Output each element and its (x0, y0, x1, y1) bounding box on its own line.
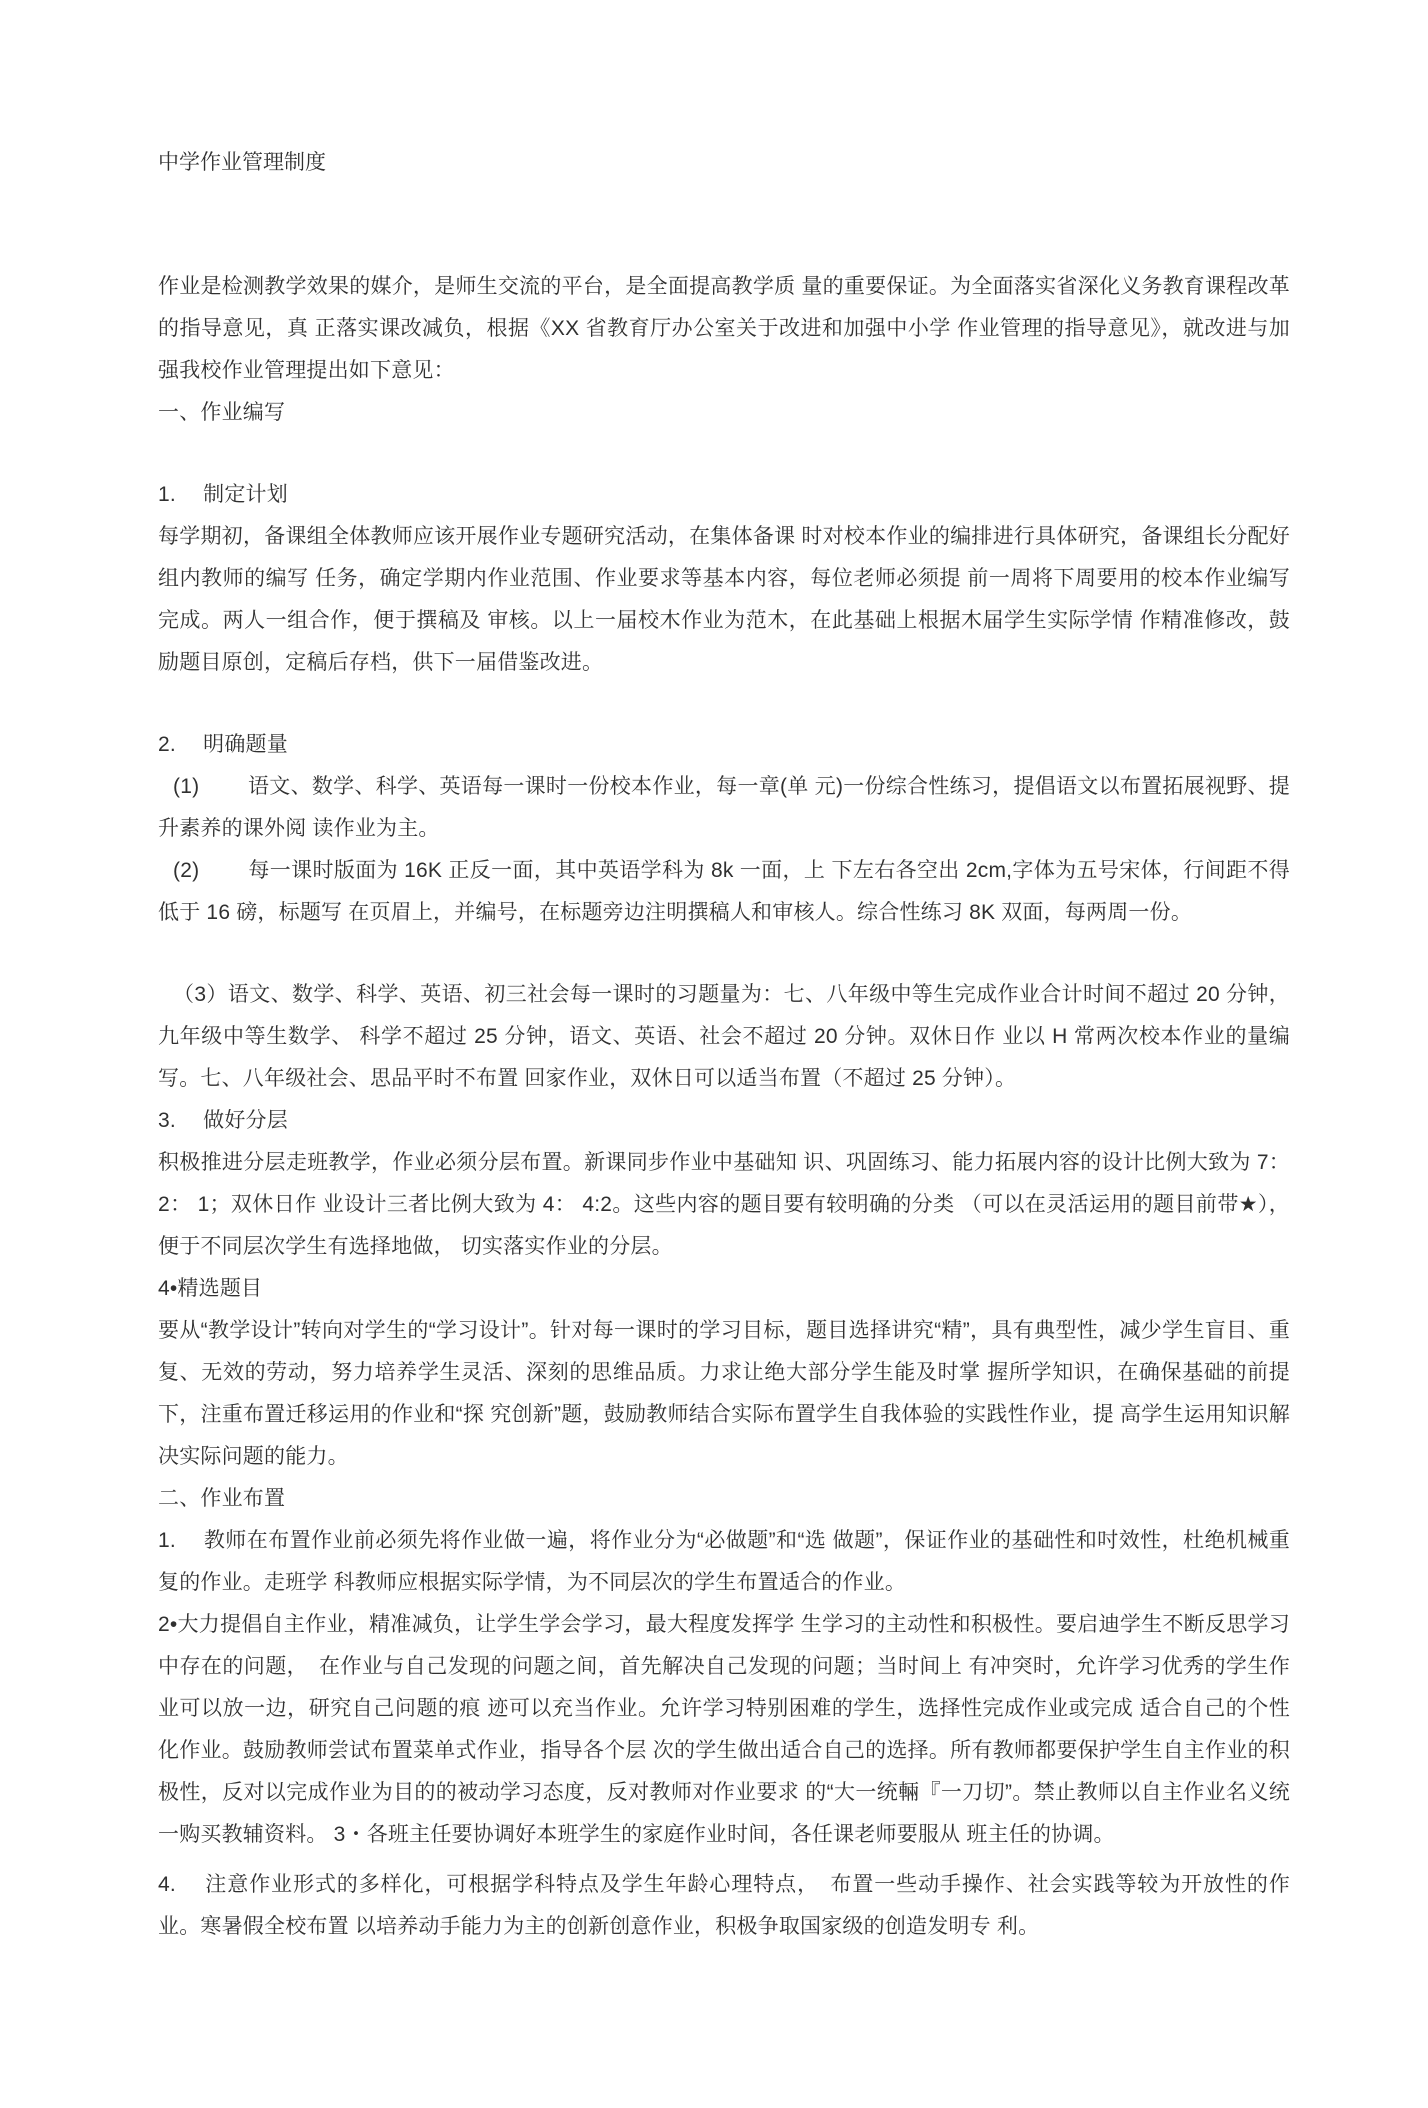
section-2-item-4: 4. 注意作业形式的多样化，可根据学科特点及学生年龄心理特点， 布置一些动手操作… (158, 1864, 1290, 1948)
section-1-item-2-sub-2: (2) 每一课时版面为 16K 正反一面，其中英语学科为 8k 一面，上 下左右… (158, 850, 1290, 934)
section-1-heading: 一、作业编写 (158, 392, 1290, 434)
section-1-item-4-body: 要从“教学设计”转向对学生的“学习设计”。针对每一课时的学习目标，题目选择讲究“… (158, 1310, 1290, 1478)
document-title: 中学作业管理制度 (158, 148, 1290, 178)
section-1-item-3-heading: 3. 做好分层 (158, 1100, 1290, 1142)
section-2-item-2-3: 2•大力提倡自主作业，精准减负，让学生学会学习，最大程度发挥学 生学习的主动性和… (158, 1604, 1290, 1856)
section-1-item-2-sub-1: (1) 语文、数学、科学、英语每一课时一份校本作业，每一章(单 元)一份综合性练… (158, 766, 1290, 850)
section-1-item-4-heading: 4•精选题目 (158, 1268, 1290, 1310)
document-page: 中学作业管理制度 作业是检测教学效果的媒介，是师生交流的平台，是全面提高教学质 … (0, 0, 1428, 2108)
section-2-heading: 二、作业布置 (158, 1478, 1290, 1520)
section-1-item-2-sub-3: （3）语文、数学、科学、英语、初三社会每一课时的习题量为：七、八年级中等生完成作… (158, 974, 1290, 1100)
section-1-item-1-body: 每学期初，备课组全体教师应该开展作业专题研究活动，在集体备课 时对校本作业的编排… (158, 516, 1290, 684)
section-1-item-2-heading: 2. 明确题量 (158, 724, 1290, 766)
section-1-item-3-body: 积极推进分层走班教学，作业必须分层布置。新课同步作业中基础知 识、巩固练习、能力… (158, 1142, 1290, 1268)
intro-paragraph: 作业是检测教学效果的媒介，是师生交流的平台，是全面提高教学质 量的重要保证。为全… (158, 266, 1290, 392)
section-1-item-1-heading: 1. 制定计划 (158, 474, 1290, 516)
section-2-item-1: 1. 教师在布置作业前必须先将作业做一遍，将作业分为“必做题”和“选 做题”，保… (158, 1520, 1290, 1604)
